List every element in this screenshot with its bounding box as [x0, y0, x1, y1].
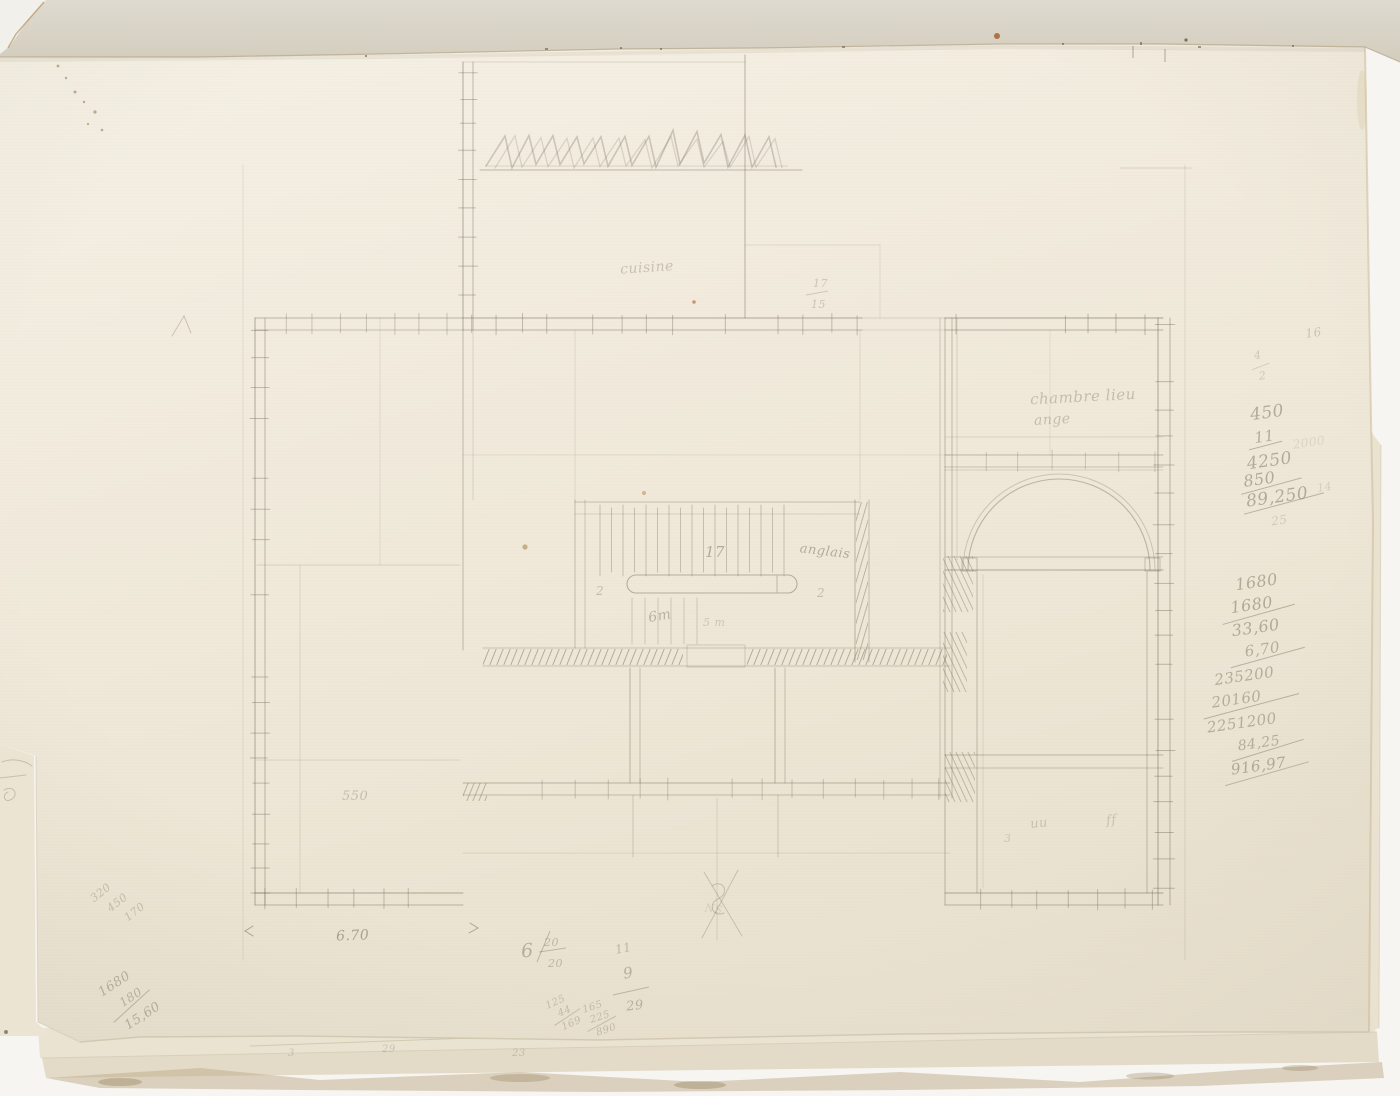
rail-mark-left: 2	[595, 584, 604, 598]
upper-frac-den: 15	[811, 298, 826, 311]
label-chamber-2: ange	[1034, 411, 1071, 429]
understrip-mark: 3	[288, 1048, 295, 1059]
label-left-room: 550	[342, 789, 368, 804]
stain-dot	[642, 491, 646, 495]
calc-ghost: 25	[1269, 512, 1288, 528]
main-page	[0, 40, 1400, 1050]
calc-small-b: 2	[1257, 369, 1267, 383]
understrip-mark: 29	[381, 1044, 396, 1055]
compass-mark: NS	[703, 901, 724, 917]
calc-row: 6	[520, 939, 534, 962]
room-mark-c: 3	[1004, 832, 1012, 845]
dimension-value: 6.70	[336, 927, 370, 944]
stain-dot	[522, 544, 527, 549]
label-stair-dim-b: 5 m	[703, 616, 725, 629]
room-mark-a: uu	[1029, 815, 1048, 832]
upper-frac-num: 17	[813, 277, 828, 290]
stain-dot	[692, 300, 696, 304]
label-stair-count: 17	[705, 543, 725, 561]
understrip-mark: 23	[511, 1048, 526, 1059]
calc-row: 29	[625, 998, 645, 1015]
stain-dot	[994, 33, 1000, 39]
sketchbook-page-scan: cuisine chambre lieu ange 550 17 anglais…	[0, 0, 1400, 1096]
calc-row: 20	[543, 936, 559, 949]
edge-stain	[1357, 70, 1367, 130]
stain-dot	[1184, 38, 1187, 41]
calc-corner: 16	[1305, 325, 1323, 341]
calc-row: 20	[547, 957, 563, 970]
calc-small-a: 4	[1252, 348, 1262, 362]
stain-dot	[4, 1030, 8, 1034]
calc-ghost: 14	[1316, 480, 1333, 495]
rail-mark-right: 2	[816, 586, 825, 600]
